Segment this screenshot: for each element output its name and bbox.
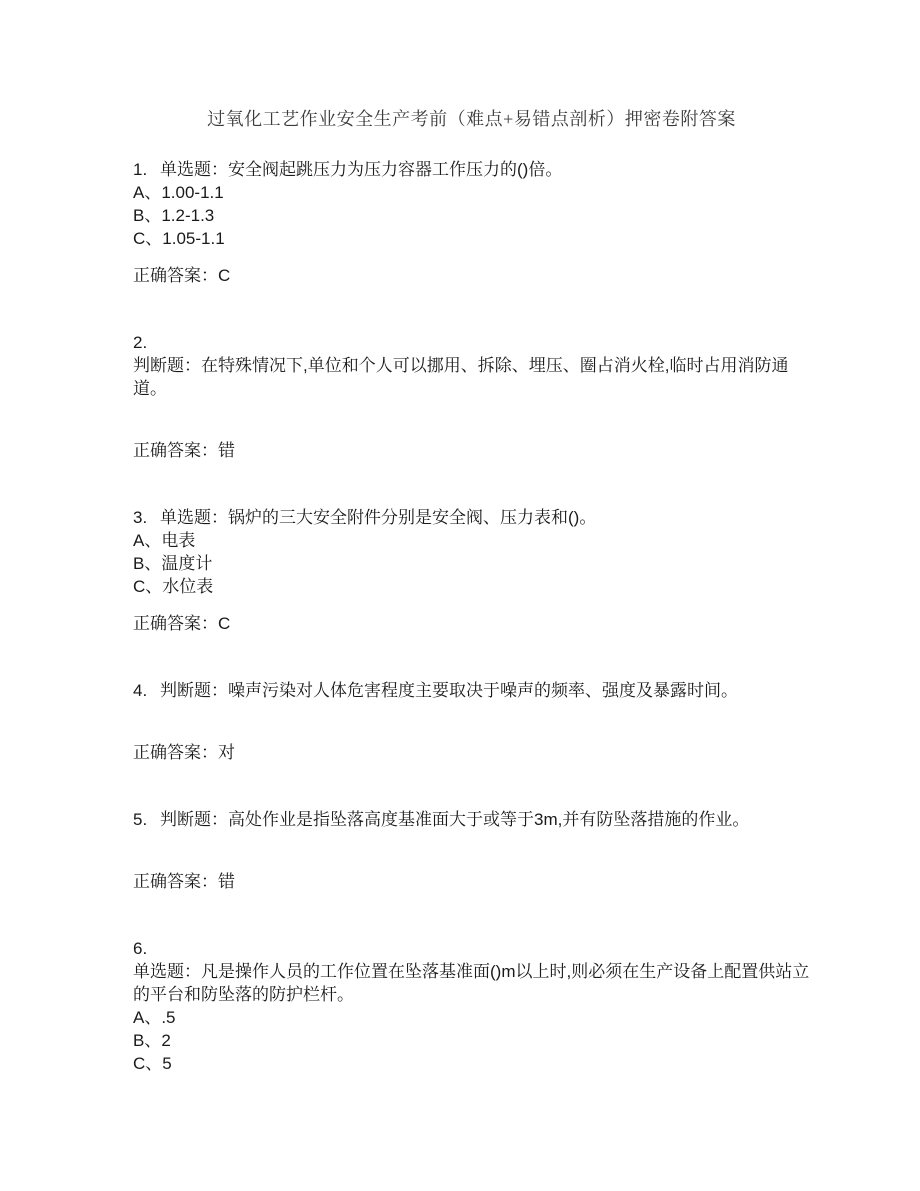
question-1-answer-line: 正确答案：C <box>133 264 810 287</box>
question-1-option-c: C、1.05-1.1 <box>133 227 810 250</box>
answer-value: 错 <box>218 441 235 460</box>
question-1-option-a: A、1.00-1.1 <box>133 181 810 204</box>
answer-value: C <box>218 266 230 285</box>
answer-label: 正确答案： <box>133 872 218 891</box>
question-block-3: 3.单选题：锅炉的三大安全附件分别是安全阀、压力表和()。 A、电表 B、温度计… <box>133 506 810 635</box>
question-3-option-b: B、温度计 <box>133 552 810 575</box>
question-block-1: 1.单选题：安全阀起跳压力为压力容器工作压力的()倍。 A、1.00-1.1 B… <box>133 158 810 287</box>
question-3-option-a: A、电表 <box>133 529 810 552</box>
answer-value: 错 <box>218 872 235 891</box>
question-5-answer-line: 正确答案：错 <box>133 870 810 893</box>
question-4-answer-line: 正确答案：对 <box>133 741 810 764</box>
answer-value: 对 <box>218 743 235 762</box>
question-5-text: 判断题：高处作业是指坠落高度基准面大于或等于3m,并有防坠落措施的作业。 <box>160 810 749 829</box>
question-5-head: 5.判断题：高处作业是指坠落高度基准面大于或等于3m,并有防坠落措施的作业。 <box>133 808 810 831</box>
question-1-text: 单选题：安全阀起跳压力为压力容器工作压力的()倍。 <box>160 160 562 179</box>
question-5-number: 5. <box>133 808 160 831</box>
question-6-option-b: B、2 <box>133 1029 810 1052</box>
question-1-option-b: B、1.2-1.3 <box>133 204 810 227</box>
question-4-text: 判断题：噪声污染对人体危害程度主要取决于噪声的频率、强度及暴露时间。 <box>160 681 738 700</box>
answer-label: 正确答案： <box>133 441 218 460</box>
question-3-head: 3.单选题：锅炉的三大安全附件分别是安全阀、压力表和()。 <box>133 506 810 529</box>
answer-value: C <box>218 614 230 633</box>
question-6-text: 单选题：凡是操作人员的工作位置在坠落基准面()m以上时,则必须在生产设备上配置供… <box>133 960 810 1006</box>
question-2-number: 2. <box>133 331 810 354</box>
question-block-2: 2. 判断题：在特殊情况下,单位和个人可以挪用、拆除、埋压、圈占消火栓,临时占用… <box>133 331 810 462</box>
question-block-4: 4.判断题：噪声污染对人体危害程度主要取决于噪声的频率、强度及暴露时间。 正确答… <box>133 679 810 764</box>
question-3-answer-line: 正确答案：C <box>133 612 810 635</box>
answer-label: 正确答案： <box>133 266 218 285</box>
question-4-head: 4.判断题：噪声污染对人体危害程度主要取决于噪声的频率、强度及暴露时间。 <box>133 679 810 702</box>
question-3-text: 单选题：锅炉的三大安全附件分别是安全阀、压力表和()。 <box>160 508 596 527</box>
question-3-number: 3. <box>133 506 160 529</box>
question-2-text: 判断题：在特殊情况下,单位和个人可以挪用、拆除、埋压、圈占消火栓,临时占用消防通… <box>133 354 810 400</box>
question-block-6: 6. 单选题：凡是操作人员的工作位置在坠落基准面()m以上时,则必须在生产设备上… <box>133 937 810 1075</box>
question-1-head: 1.单选题：安全阀起跳压力为压力容器工作压力的()倍。 <box>133 158 810 181</box>
question-6-option-c: C、5 <box>133 1052 810 1075</box>
document-title: 过氧化工艺作业安全生产考前（难点+易错点剖析）押密卷附答案 <box>133 108 810 131</box>
question-3-option-c: C、水位表 <box>133 575 810 598</box>
answer-label: 正确答案： <box>133 614 218 633</box>
question-4-number: 4. <box>133 679 160 702</box>
exam-document-page: 过氧化工艺作业安全生产考前（难点+易错点剖析）押密卷附答案 1.单选题：安全阀起… <box>0 0 920 1191</box>
question-block-5: 5.判断题：高处作业是指坠落高度基准面大于或等于3m,并有防坠落措施的作业。 正… <box>133 808 810 893</box>
answer-label: 正确答案： <box>133 743 218 762</box>
question-1-number: 1. <box>133 158 160 181</box>
question-2-answer-line: 正确答案：错 <box>133 439 810 462</box>
question-6-option-a: A、.5 <box>133 1006 810 1029</box>
question-6-number: 6. <box>133 937 810 960</box>
